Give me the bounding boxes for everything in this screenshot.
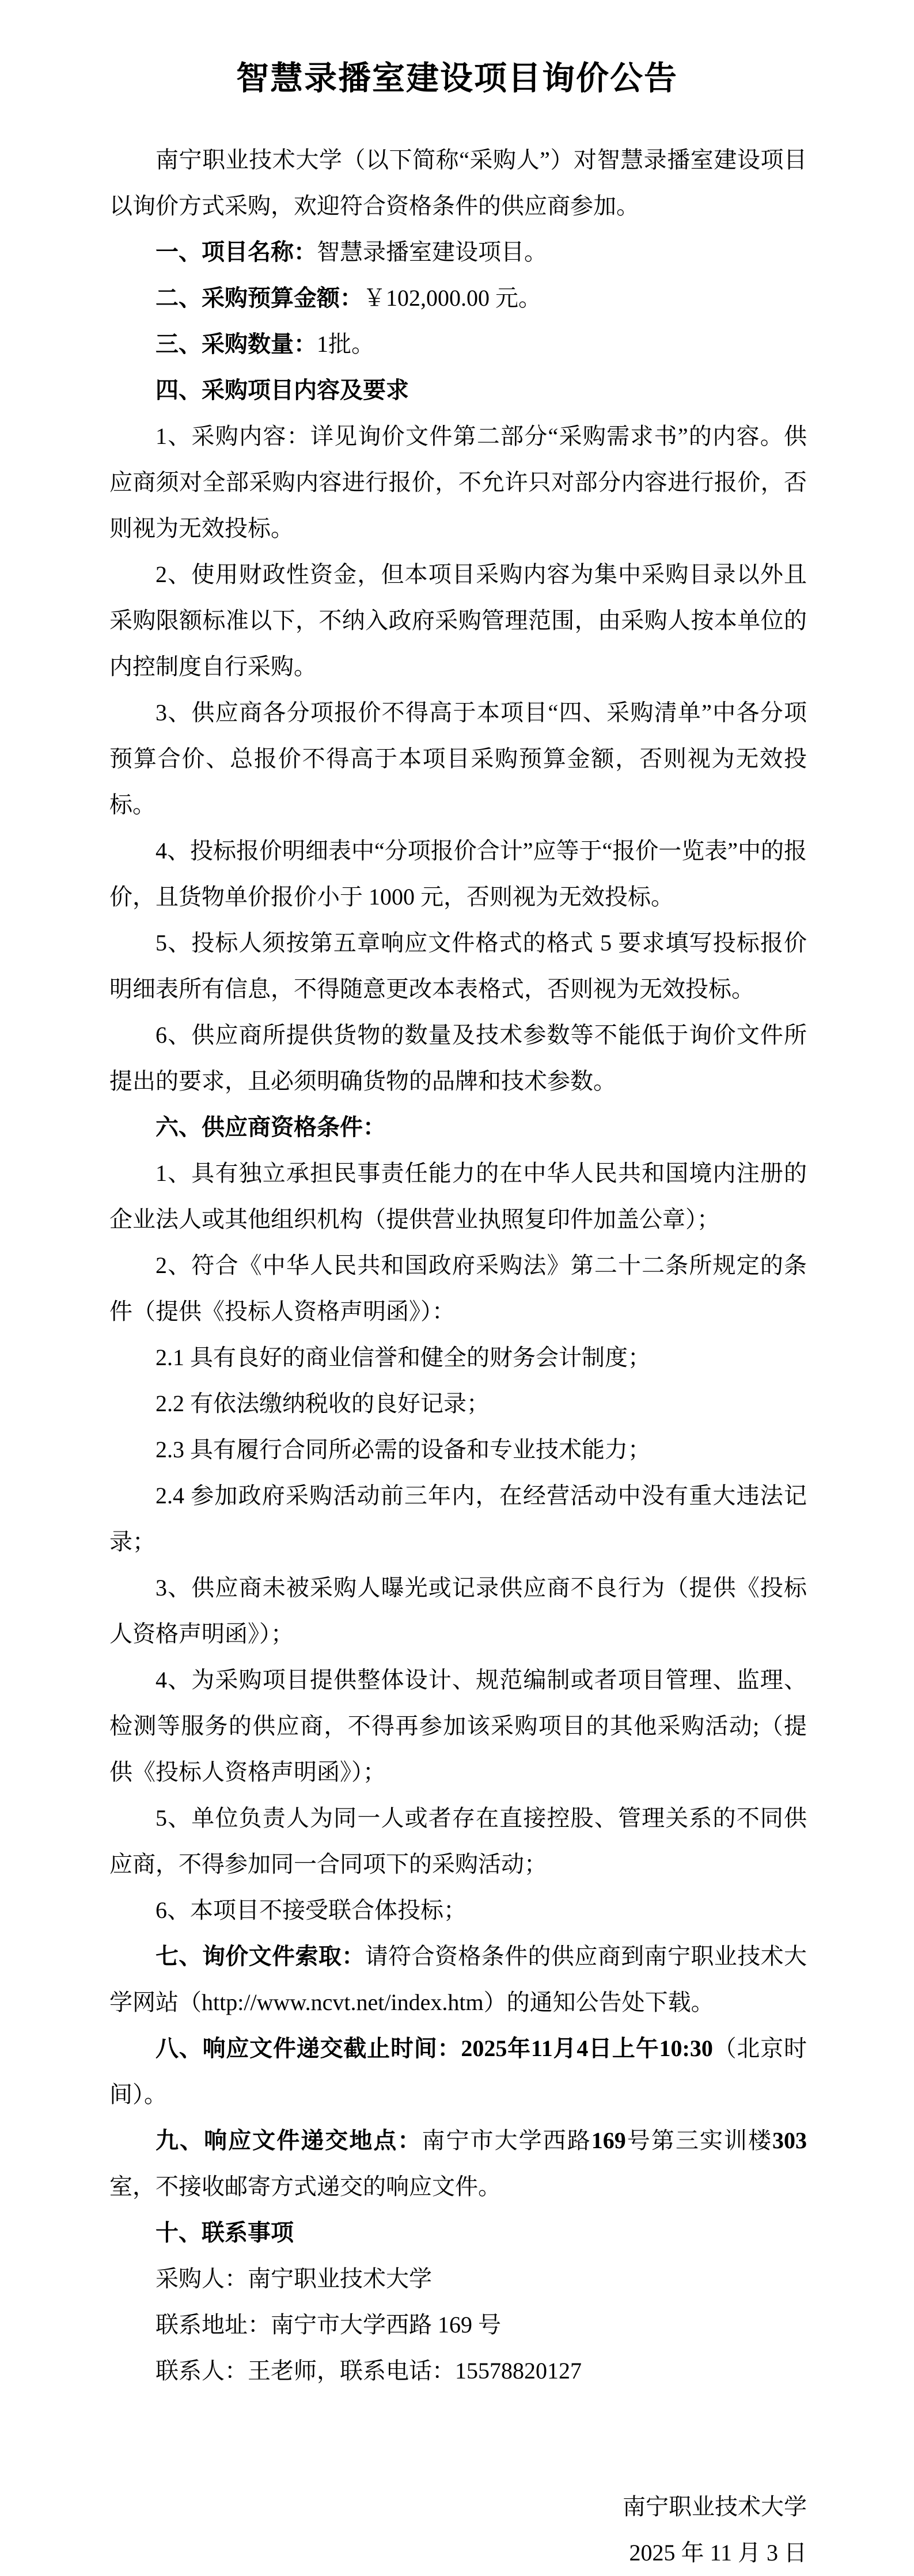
contact-address: 联系地址：南宁市大学西路 169 号 (109, 2302, 807, 2348)
section-9-label: 九、响应文件递交地点： (156, 2128, 422, 2153)
section-4-item-5: 5、投标人须按第五章响应文件格式的格式 5 要求填写投标报价明细表所有信息，不得… (109, 920, 807, 1012)
section-3-value: 1批。 (317, 331, 374, 357)
intro-paragraph: 南宁职业技术大学（以下简称“采购人”）对智慧录播室建设项目以询价方式采购，欢迎符… (109, 137, 807, 229)
section-6-label: 六、供应商资格条件： (156, 1115, 386, 1140)
signature-date: 2025 年 11 月 3 日 (109, 2530, 807, 2576)
signature-block: 南宁职业技术大学 2025 年 11 月 3 日 (109, 2484, 807, 2576)
section-6-item-4: 4、为采购项目提供整体设计、规范编制或者项目管理、监理、检测等服务的供应商，不得… (109, 1657, 807, 1795)
section-4-heading: 四、采购项目内容及要求 (109, 367, 807, 413)
section-9-street-number: 169 (591, 2127, 626, 2153)
section-1-project-name: 一、项目名称：智慧录播室建设项目。 (109, 229, 807, 275)
section-6-item-5: 5、单位负责人为同一人或者存在直接控股、管理关系的不同供应商，不得参加同一合同项… (109, 1795, 807, 1887)
section-6-item-2-4: 2.4 参加政府采购活动前三年内，在经营活动中没有重大违法记录； (109, 1473, 807, 1565)
section-6-item-6: 6、本项目不接受联合体投标； (109, 1887, 807, 1933)
section-4-item-1: 1、采购内容：详见询价文件第二部分“采购需求书”的内容。供应商须对全部采购内容进… (109, 413, 807, 552)
section-6-item-2: 2、符合《中华人民共和国政府采购法》第二十二条所规定的条件（提供《投标人资格声明… (109, 1243, 807, 1335)
section-9-room-number: 303 (772, 2127, 807, 2153)
section-3-label: 三、采购数量： (156, 332, 317, 357)
section-1-label: 一、项目名称： (156, 240, 317, 265)
section-10-heading: 十、联系事项 (109, 2210, 807, 2256)
section-4-item-2: 2、使用财政性资金，但本项目采购内容为集中采购目录以外且采购限额标准以下，不纳入… (109, 552, 807, 690)
section-8-label: 八、响应文件递交截止时间： (156, 2036, 461, 2061)
section-6-item-2-1: 2.1 具有良好的商业信誉和健全的财务会计制度； (109, 1335, 807, 1381)
section-8-deadline: 八、响应文件递交截止时间：2025年11月4日上午10:30（北京时间）。 (109, 2026, 807, 2118)
section-6-item-3: 3、供应商未被采购人曝光或记录供应商不良行为（提供《投标人资格声明函》）； (109, 1565, 807, 1657)
section-4-item-3: 3、供应商各分项报价不得高于本项目“四、采购清单”中各分项预算合价、总报价不得高… (109, 690, 807, 828)
section-6-item-1: 1、具有独立承担民事责任能力的在中华人民共和国境内注册的企业法人或其他组织机构（… (109, 1150, 807, 1243)
section-4-item-6: 6、供应商所提供货物的数量及技术参数等不能低于询价文件所提出的要求，且必须明确货… (109, 1012, 807, 1104)
section-8-deadline-datetime: 2025年11月4日上午10:30 (461, 2035, 712, 2061)
section-4-label: 四、采购项目内容及要求 (156, 378, 409, 403)
section-9-delivery-address: 九、响应文件递交地点：南宁市大学西路169号第三实训楼303室，不接收邮寄方式递… (109, 2118, 807, 2210)
page-title: 智慧录播室建设项目询价公告 (0, 0, 914, 100)
section-9-address-pre: 南宁市大学西路 (422, 2127, 591, 2153)
section-9-address-mid: 号第三实训楼 (626, 2127, 772, 2153)
section-10-label: 十、联系事项 (156, 2220, 294, 2246)
contact-person-phone: 联系人：王老师，联系电话：15578820127 (109, 2348, 807, 2394)
section-6-item-2-2: 2.2 有依法缴纳税收的良好记录； (109, 1381, 807, 1427)
section-9-address-post: 室，不接收邮寄方式递交的响应文件。 (109, 2174, 501, 2199)
contact-purchaser: 采购人：南宁职业技术大学 (109, 2256, 807, 2302)
section-1-value: 智慧录播室建设项目。 (317, 239, 547, 265)
section-3-quantity: 三、采购数量：1批。 (109, 321, 807, 367)
signature-organization: 南宁职业技术大学 (109, 2484, 807, 2530)
announcement-page: 智慧录播室建设项目询价公告 南宁职业技术大学（以下简称“采购人”）对智慧录播室建… (0, 0, 914, 2576)
section-6-item-2-3: 2.3 具有履行合同所必需的设备和专业技术能力； (109, 1427, 807, 1473)
section-2-budget: 二、采购预算金额：￥102,000.00 元。 (109, 275, 807, 321)
section-7-document-access: 七、询价文件索取：请符合资格条件的供应商到南宁职业技术大学网站（http://w… (109, 1933, 807, 2026)
section-2-label: 二、采购预算金额： (156, 286, 363, 311)
section-7-label: 七、询价文件索取： (156, 1944, 365, 1969)
document-body: 南宁职业技术大学（以下简称“采购人”）对智慧录播室建设项目以询价方式采购，欢迎符… (0, 137, 914, 2576)
section-4-item-4: 4、投标报价明细表中“分项报价合计”应等于“报价一览表”中的报价，且货物单价报价… (109, 828, 807, 920)
section-2-value: ￥102,000.00 元。 (363, 285, 541, 311)
section-6-heading: 六、供应商资格条件： (109, 1104, 807, 1150)
